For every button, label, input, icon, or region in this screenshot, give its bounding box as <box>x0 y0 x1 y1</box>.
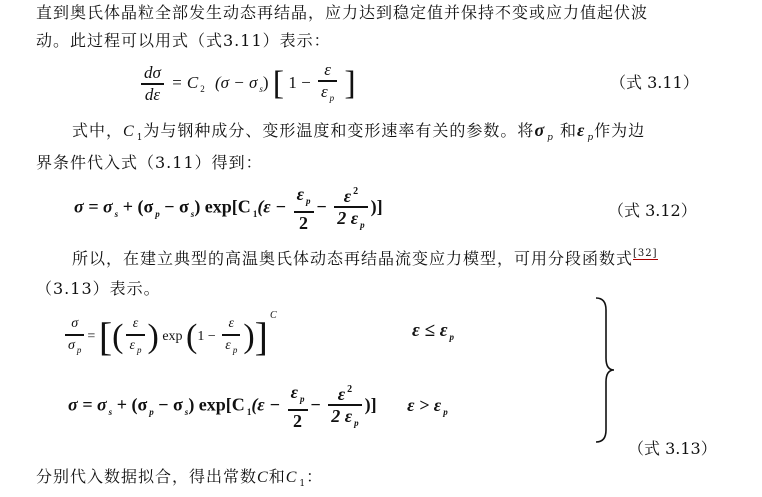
derivative-fraction: dσ dε <box>141 63 164 105</box>
equation-label-3-11: （式 3.11） <box>610 70 699 93</box>
equation-label-3-13: （式 3.13） <box>628 436 717 459</box>
condition-case-1: ε ≤ εp <box>412 320 454 342</box>
equation-3-13-case-1: σ σp = [( ε εp ) exp (1 − ε εp )]C <box>62 310 277 360</box>
paragraph-3-line-1: 所以，在建立典型的高温奥氏体动态再结晶流变应力模型，可用分段函数式[32] <box>72 246 658 269</box>
paragraph-1-line-1: 直到奥氏体晶粒全部发生动态再结晶，应力达到稳定值并保持不变或应力值起伏波 <box>36 0 648 23</box>
paragraph-4: 分别代入数据拟合，得出常数C和C1： <box>36 464 323 489</box>
paragraph-3-line-2: （3.13）表示。 <box>36 276 161 299</box>
equation-3-13-case-2: σ = σs + (σp − σs) exp[C1(ε − εp 2 − ε2 … <box>68 380 448 433</box>
equation-3-11: dσ dε = C2 (σ − σs) [ 1 − ε εp ] <box>138 60 356 108</box>
strain-ratio-fraction: ε εp <box>318 60 337 108</box>
condition-case-2: ε > ε <box>407 395 441 415</box>
equation-3-12: σ = σs + (σp − σs) exp[C1(ε − εp 2 − ε2 … <box>74 182 383 235</box>
citation-link[interactable]: [32] <box>633 248 658 260</box>
paragraph-2-line-1: 式中，C1为与钢种成分、变形温度和变形速率有关的参数。将σp 和εp作为边 <box>72 118 645 143</box>
paragraph-1-line-2: 动。此过程可以用式（式3.11）表示： <box>36 28 331 51</box>
equation-label-3-12: （式 3.12） <box>608 198 697 221</box>
paragraph-2-line-2: 界条件代入式（3.11）得到： <box>36 150 263 173</box>
right-brace-icon <box>592 296 622 444</box>
